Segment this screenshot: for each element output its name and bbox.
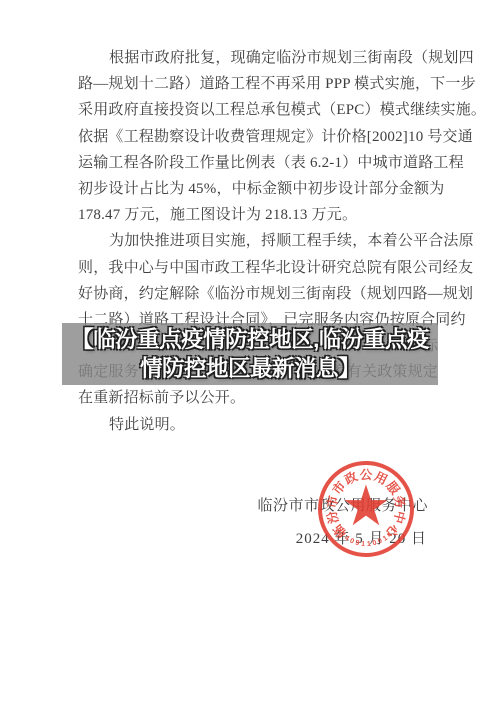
body-line: 好协商，约定解除《临汾市规划三街南段（规划四路—规划 [78, 281, 438, 307]
body-line: 为加快推进项目实施，捋顺工程手续，本着公平合法原 [78, 228, 438, 254]
caption-line-1: 【临汾重点疫情防控地区,临汾重点疫 [71, 325, 429, 354]
caption-overlay-bar: 【临汾重点疫情防控地区,临汾重点疫 情防控地区最新消息】 [62, 323, 438, 385]
seal-star-icon: ★ [341, 479, 391, 535]
body-line: 采用政府直接投资以工程总承包模式（EPC）模式继续实施。 [78, 97, 438, 123]
official-red-seal: 临汾市市政公用服务中心 141001190472 ★ [318, 461, 414, 557]
body-line: 依据《工程勘察设计收费管理规定》计价格[2002]10 号交通 [78, 124, 438, 150]
body-line: 路—规划十二路）道路工程不再采用 PPP 模式实施，下一步 [78, 71, 438, 97]
body-line: 运输工程各阶段工作量比例表（表 6.2-1）中城市道路工程 [78, 150, 438, 176]
scanned-document-page: 根据市政府批复，现确定临汾市规划三街南段（规划四 路—规划十二路）道路工程不再采… [0, 0, 500, 707]
body-line: 则，我中心与中国市政工程华北设计研究总院有限公司经友 [78, 255, 438, 281]
body-line: 初步设计占比为 45%，中标金额中初步设计部分金额为 [78, 176, 438, 202]
body-line: 根据市政府批复，现确定临汾市规划三街南段（规划四 [78, 45, 438, 71]
body-line: 在重新招标前予以公开。 [78, 385, 438, 411]
body-line: 178.47 万元，施工图设计为 218.13 万元。 [78, 202, 438, 228]
body-line: 特此说明。 [78, 412, 438, 438]
caption-line-2: 情防控地区最新消息】 [140, 354, 360, 383]
